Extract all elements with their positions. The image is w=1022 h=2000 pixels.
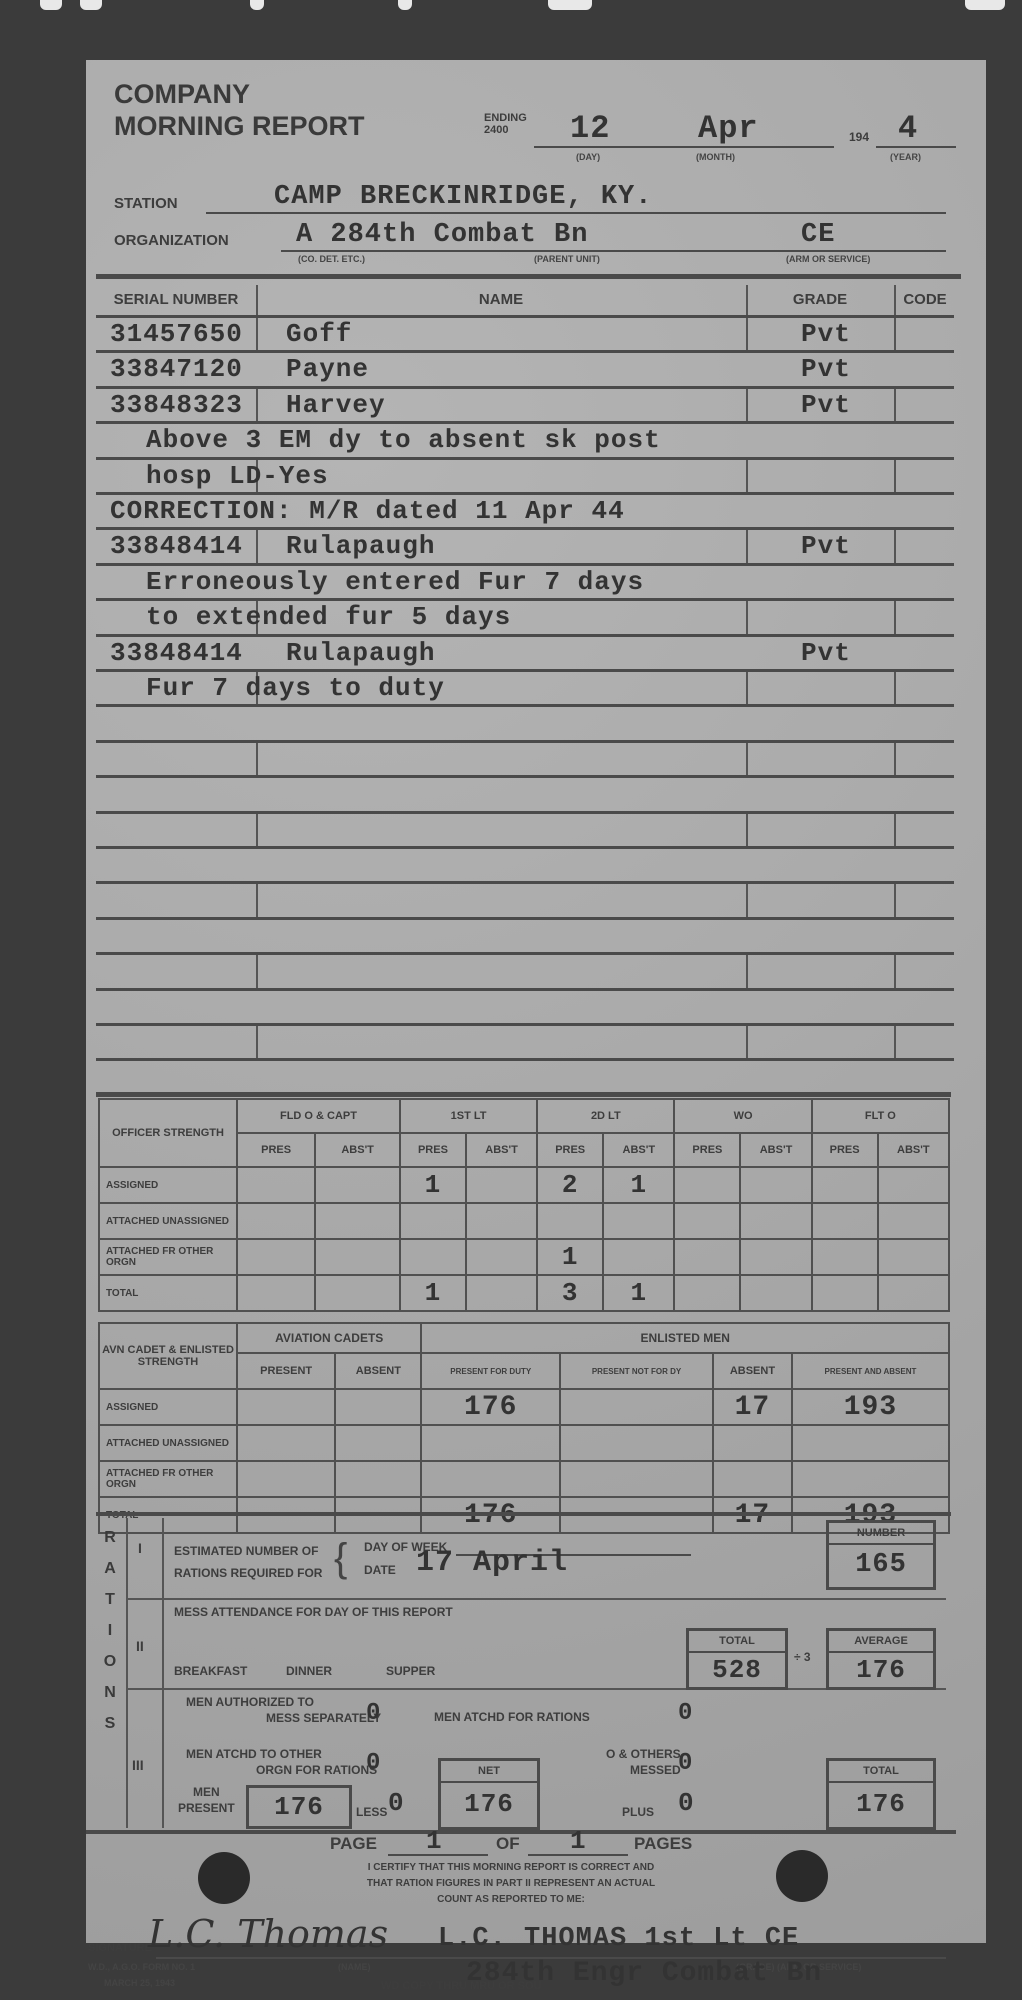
enlisted-cell <box>713 1425 792 1461</box>
roster-rule <box>96 846 954 849</box>
roster-rule <box>96 775 954 778</box>
year-prefix: 194 <box>849 130 869 144</box>
date-label: DATE <box>364 1563 396 1577</box>
officer-cell <box>740 1239 811 1275</box>
roster-header-code: CODE <box>894 291 956 308</box>
ending-label: ENDING 2400 <box>484 112 527 136</box>
roster-header-grade: GRADE <box>746 291 894 308</box>
officer-cell <box>315 1203 400 1239</box>
officer-cell: 1 <box>603 1275 674 1311</box>
signer-typed-name: L.C. THOMAS 1st Lt CE <box>438 1924 799 1954</box>
soldier-grade: Pvt <box>801 531 851 561</box>
average-label: AVERAGE <box>829 1631 933 1653</box>
roster-header-serial-number: SERIAL NUMBER <box>96 291 256 308</box>
officer-subcol-header: ABS'T <box>315 1133 400 1167</box>
roster-col-divider <box>256 884 258 916</box>
roster-col-divider <box>746 884 748 916</box>
form-title-line1: COMPANY <box>114 78 250 110</box>
roster-col-divider <box>746 955 748 987</box>
enlisted-cell <box>237 1461 335 1497</box>
of-label: OF <box>496 1834 520 1854</box>
pages-label: PAGES <box>634 1834 692 1854</box>
officer-cell <box>466 1275 537 1311</box>
officer-cell <box>237 1275 315 1311</box>
rations-top-rule <box>96 1512 951 1516</box>
serial-number: 33848414 <box>110 638 243 668</box>
officer-group-header: FLT O <box>812 1099 949 1133</box>
rations-side-letter: O <box>98 1646 122 1677</box>
roster-line: 31457650GoffPvt <box>96 317 954 352</box>
signature-label: SIGNATURE <box>88 1942 152 1954</box>
roster-col-divider <box>256 1026 258 1058</box>
enlisted-subcol-header: PRESENT FOR DUTY <box>421 1353 560 1389</box>
officer-cell: 1 <box>603 1167 674 1203</box>
arm-of-service-value: CE <box>801 220 835 250</box>
number-value: 165 <box>829 1545 933 1585</box>
film-edge-mark <box>250 0 264 10</box>
enlisted-cell <box>335 1425 421 1461</box>
year-caption: (YEAR) <box>890 152 921 162</box>
officer-cell <box>812 1275 878 1311</box>
officer-cell <box>400 1203 466 1239</box>
report-day: 12 <box>570 110 610 147</box>
officer-cell <box>315 1275 400 1311</box>
plus-value: 0 <box>678 1788 695 1818</box>
form-id-line-1: W.D., A.G.O. FORM NO. 1 <box>88 1962 195 1972</box>
rations-side-letter: T <box>98 1584 122 1615</box>
enlisted-cell <box>335 1461 421 1497</box>
men-present-label-2: PRESENT <box>178 1800 235 1816</box>
roster-col-divider <box>256 955 258 987</box>
officer-cell <box>674 1203 740 1239</box>
officer-cell <box>400 1239 466 1275</box>
enlisted-strength-title: AVN CADET & ENLISTED STRENGTH <box>99 1323 237 1389</box>
officer-cell <box>315 1167 400 1203</box>
roster-rule <box>96 881 954 884</box>
punch-hole-right <box>776 1850 828 1902</box>
part1-numeral: I <box>138 1540 142 1556</box>
serial-number: 33847120 <box>110 354 243 384</box>
atchd-other-label: MEN ATCHD TO OTHER ORGN FOR RATIONS <box>186 1746 377 1778</box>
mess-sep-label-2: MESS SEPARATELY <box>186 1710 381 1726</box>
brace-icon: { <box>334 1538 347 1578</box>
enlisted-cell <box>421 1461 560 1497</box>
mess-separately-value: 0 <box>366 1700 381 1727</box>
soldier-name: Payne <box>286 354 369 384</box>
roster-rule <box>96 1023 954 1026</box>
officer-cell <box>878 1239 949 1275</box>
form-title-line2: MORNING REPORT <box>114 110 365 142</box>
part2-label: MESS ATTENDANCE FOR DAY OF THIS REPORT <box>174 1605 453 1619</box>
roster-remark: Fur 7 days to duty <box>146 673 445 703</box>
roster-remark: hosp LD-Yes <box>146 461 329 491</box>
part3-numeral: III <box>132 1757 144 1773</box>
certify-line-1: I CERTIFY THAT THIS MORNING REPORT IS CO… <box>296 1860 726 1876</box>
officer-cell <box>812 1167 878 1203</box>
roster-top-rule <box>96 274 961 279</box>
officer-row-label: ATTACHED FR OTHER ORGN <box>99 1239 237 1275</box>
soldier-grade: Pvt <box>801 319 851 349</box>
rations-side-letter: R <box>98 1522 122 1553</box>
roster-line: to extended fur 5 days <box>96 600 954 635</box>
officer-cell: 3 <box>537 1275 603 1311</box>
officer-subcol-header: PRES <box>812 1133 878 1167</box>
officer-cell <box>674 1167 740 1203</box>
rations-side-letter: S <box>98 1708 122 1739</box>
report-month: Apr <box>698 110 759 147</box>
roster-line: 33848414RulapaughPvt <box>96 636 954 671</box>
page-label: PAGE <box>330 1834 377 1854</box>
roster-col-divider <box>256 814 258 846</box>
less-label: LESS <box>356 1805 387 1819</box>
officer-subcol-header: ABS'T <box>603 1133 674 1167</box>
roster-rule <box>96 917 954 920</box>
enlisted-cell <box>560 1461 713 1497</box>
officer-cell <box>878 1167 949 1203</box>
certify-line-2: THAT RATION FIGURES IN PART II REPRESENT… <box>296 1876 726 1892</box>
roster-remark: Above 3 EM dy to absent sk post <box>146 425 661 455</box>
officer-cell <box>537 1203 603 1239</box>
enlisted-cell <box>560 1425 713 1461</box>
officer-cell <box>603 1239 674 1275</box>
atchd-other-label-2: ORGN FOR RATIONS <box>186 1762 377 1778</box>
officer-cell <box>237 1203 315 1239</box>
film-edge-mark <box>80 0 102 10</box>
enlisted-cell <box>792 1461 949 1497</box>
ending-label-1: ENDING <box>484 112 527 124</box>
roster-col-divider <box>894 955 896 987</box>
number-label: NUMBER <box>829 1523 933 1545</box>
officer-cell <box>466 1239 537 1275</box>
roster-rule <box>96 952 954 955</box>
enlisted-cell: 193 <box>792 1389 949 1425</box>
soldier-grade: Pvt <box>801 638 851 668</box>
net-label: NET <box>441 1761 537 1783</box>
atchd-rations-label: MEN ATCHD FOR RATIONS <box>434 1710 590 1724</box>
average-box: AVERAGE 176 <box>826 1628 936 1690</box>
soldier-name: Harvey <box>286 390 386 420</box>
enlisted-cell <box>421 1425 560 1461</box>
officer-row-label: ASSIGNED <box>99 1167 237 1203</box>
rations-total-box: TOTAL 176 <box>826 1758 936 1830</box>
roster-line: 33848323HarveyPvt <box>96 388 954 423</box>
officer-row-label: ATTACHED UNASSIGNED <box>99 1203 237 1239</box>
report-year-digit: 4 <box>898 110 918 147</box>
rations-part2-bottom <box>126 1688 946 1690</box>
roster-col-divider <box>894 1026 896 1058</box>
month-caption: (MONTH) <box>696 152 735 162</box>
enlisted-cell <box>792 1425 949 1461</box>
name-caption: (NAME) <box>338 1962 371 1972</box>
station-value: CAMP BRECKINRIDGE, KY. <box>274 182 652 212</box>
enlisted-subcol-header: ABSENT <box>335 1353 421 1389</box>
officer-cell <box>812 1239 878 1275</box>
officer-cell: 1 <box>537 1239 603 1275</box>
net-value: 176 <box>441 1783 537 1825</box>
enlisted-cell: 17 <box>713 1389 792 1425</box>
org-caption-parent: (PARENT UNIT) <box>534 254 600 264</box>
average-value: 176 <box>829 1653 933 1687</box>
officers-messed-label-2: MESSED <box>606 1762 681 1778</box>
mess-separately-label: MEN AUTHORIZED TO MESS SEPARATELY <box>186 1694 381 1726</box>
part1-label-2: RATIONS REQUIRED FOR <box>174 1562 322 1584</box>
officer-subcol-header: PRES <box>537 1133 603 1167</box>
officer-cell <box>237 1167 315 1203</box>
officer-row-label: TOTAL <box>99 1275 237 1311</box>
cadets-group-header: AVIATION CADETS <box>237 1323 421 1353</box>
page-value: 1 <box>426 1826 443 1856</box>
less-value: 0 <box>388 1788 405 1818</box>
roster-col-divider <box>894 285 896 315</box>
roster-remark: to extended fur 5 days <box>146 602 511 632</box>
soldier-name: Rulapaugh <box>286 638 435 668</box>
officer-cell: 1 <box>400 1167 466 1203</box>
roster-col-divider <box>894 743 896 775</box>
number-box: NUMBER 165 <box>826 1520 936 1590</box>
roster-col-divider <box>746 1026 748 1058</box>
enlisted-cell <box>560 1389 713 1425</box>
atchd-rations-value: 0 <box>678 1700 693 1727</box>
supper-label: SUPPER <box>386 1664 435 1678</box>
mess-sep-label-1: MEN AUTHORIZED TO <box>186 1694 381 1710</box>
certification-text: I CERTIFY THAT THIS MORNING REPORT IS CO… <box>296 1860 726 1908</box>
serial-number: 33848323 <box>110 390 243 420</box>
soldier-grade: Pvt <box>801 390 851 420</box>
rations-side-label: RATIONS <box>98 1522 122 1739</box>
rations-divider-2 <box>162 1518 164 1828</box>
enlisted-row-label: ATTACHED FR OTHER ORGN <box>99 1461 237 1497</box>
officer-cell <box>674 1275 740 1311</box>
officer-subcol-header: PRES <box>674 1133 740 1167</box>
officer-cell <box>237 1239 315 1275</box>
officer-group-header: FLD O & CAPT <box>237 1099 400 1133</box>
men-present-value: 176 <box>249 1788 349 1826</box>
enlisted-subcol-header: PRESENT AND ABSENT <box>792 1353 949 1389</box>
roster-rule <box>96 740 954 743</box>
officer-cell <box>603 1203 674 1239</box>
divide-symbol: ÷ 3 <box>794 1650 811 1664</box>
officer-top-rule <box>96 1092 951 1097</box>
enlisted-row-label: ASSIGNED <box>99 1389 237 1425</box>
film-edge-mark <box>548 0 592 10</box>
mess-total-value: 528 <box>689 1653 785 1687</box>
officer-cell <box>740 1275 811 1311</box>
org-caption-co: (CO. DET. ETC.) <box>298 254 365 264</box>
unit-typed: 284th Engr Combat Bn <box>466 1958 822 1989</box>
roster-rule <box>96 811 954 814</box>
officer-cell <box>674 1239 740 1275</box>
enlisted-cell: 176 <box>421 1389 560 1425</box>
officer-cell <box>466 1203 537 1239</box>
officer-cell <box>740 1203 811 1239</box>
officer-strength-title: OFFICER STRENGTH <box>99 1099 237 1167</box>
rations-date-value: 17 April <box>416 1546 568 1580</box>
officer-cell <box>315 1239 400 1275</box>
morning-report-form: COMPANY MORNING REPORT ENDING 2400 12 Ap… <box>86 60 986 1943</box>
organization-value: A 284th Combat Bn <box>296 220 588 250</box>
officer-subcol-header: PRES <box>400 1133 466 1167</box>
officer-subcol-header: ABS'T <box>466 1133 537 1167</box>
officer-group-header: WO <box>674 1099 811 1133</box>
rations-part1-bottom <box>126 1598 946 1600</box>
dinner-label: DINNER <box>286 1664 332 1678</box>
rations-bottom-rule <box>86 1830 956 1834</box>
net-box: NET 176 <box>438 1758 540 1830</box>
roster-rule <box>96 988 954 991</box>
men-present-box: 176 <box>246 1785 352 1829</box>
of-value: 1 <box>570 1826 587 1856</box>
enlisted-subcol-header: PRESENT NOT FOR DY <box>560 1353 713 1389</box>
officer-cell <box>812 1203 878 1239</box>
atchd-other-value: 0 <box>366 1750 381 1777</box>
enlisted-cell <box>237 1425 335 1461</box>
roster-col-divider <box>746 814 748 846</box>
officer-cell <box>878 1203 949 1239</box>
officers-messed-value: 0 <box>678 1750 693 1777</box>
serial-number: 33848414 <box>110 531 243 561</box>
breakfast-label: BREAKFAST <box>174 1664 247 1678</box>
roster-remark: CORRECTION: M/R dated 11 Apr 44 <box>110 496 625 526</box>
enlisted-cell <box>713 1461 792 1497</box>
enlisted-strength-table: AVN CADET & ENLISTED STRENGTHAVIATION CA… <box>98 1322 950 1534</box>
form-id-line-2: MARCH 25, 1943 <box>104 1978 175 1988</box>
officer-subcol-header: ABS'T <box>878 1133 949 1167</box>
roster-col-divider <box>894 884 896 916</box>
officer-cell: 2 <box>537 1167 603 1203</box>
station-underline <box>206 212 946 214</box>
mess-total-box: TOTAL 528 <box>686 1628 788 1690</box>
roster-line: 33848414RulapaughPvt <box>96 529 954 564</box>
organization-label: ORGANIZATION <box>114 232 229 249</box>
day-caption: (DAY) <box>576 152 600 162</box>
officers-messed-label-1: O & OTHERS <box>606 1746 681 1762</box>
enlisted-row-label: ATTACHED UNASSIGNED <box>99 1425 237 1461</box>
officer-group-header: 2D LT <box>537 1099 674 1133</box>
enlisted-subcol-header: ABSENT <box>713 1353 792 1389</box>
enlisted-cell <box>335 1389 421 1425</box>
rations-total-label: TOTAL <box>829 1761 933 1783</box>
atchd-other-label-1: MEN ATCHD TO OTHER <box>186 1746 377 1762</box>
soldier-name: Rulapaugh <box>286 531 435 561</box>
roster-remark: Erroneously entered Fur 7 days <box>146 567 644 597</box>
ending-label-2: 2400 <box>484 124 527 136</box>
officers-messed-label: O & OTHERS MESSED <box>606 1746 681 1778</box>
officer-group-header: 1ST LT <box>400 1099 537 1133</box>
roster-col-divider <box>256 743 258 775</box>
rations-side-letter: N <box>98 1677 122 1708</box>
punch-hole-left <box>198 1852 250 1904</box>
roster-header-name: NAME <box>256 291 746 308</box>
roster-line: Above 3 EM dy to absent sk post <box>96 423 954 458</box>
plus-label: PLUS <box>622 1805 654 1819</box>
roster-col-divider <box>894 814 896 846</box>
officer-cell <box>740 1167 811 1203</box>
soldier-grade: Pvt <box>801 354 851 384</box>
enlisted-subcol-header: PRESENT <box>237 1353 335 1389</box>
handwritten-signature: L.C. Thomas <box>148 1912 388 1956</box>
rations-side-letter: I <box>98 1615 122 1646</box>
officer-subcol-header: PRES <box>237 1133 315 1167</box>
roster-col-divider <box>746 743 748 775</box>
certify-line-3: COUNT AS REPORTED TO ME: <box>296 1892 726 1908</box>
roster-col-divider <box>256 285 258 315</box>
rations-side-letter: A <box>98 1553 122 1584</box>
officer-subcol-header: ABS'T <box>740 1133 811 1167</box>
part2-numeral: II <box>136 1638 144 1654</box>
officer-strength-table: OFFICER STRENGTHFLD O & CAPT1ST LT2D LTW… <box>98 1098 950 1312</box>
roster-line: Fur 7 days to duty <box>96 671 954 706</box>
part1-label-1: ESTIMATED NUMBER OF <box>174 1540 322 1562</box>
rations-total-value: 176 <box>829 1783 933 1825</box>
soldier-name: Goff <box>286 319 352 349</box>
organization-underline <box>281 250 946 252</box>
film-edge-mark <box>965 0 1005 10</box>
rations-divider-1 <box>126 1518 128 1828</box>
part1-label: ESTIMATED NUMBER OF RATIONS REQUIRED FOR <box>174 1540 322 1584</box>
roster-line: 33847120PaynePvt <box>96 352 954 387</box>
officer-cell <box>878 1275 949 1311</box>
mess-total-label: TOTAL <box>689 1631 785 1653</box>
enlisted-cell <box>237 1389 335 1425</box>
officer-cell <box>466 1167 537 1203</box>
enlisted-group-header: ENLISTED MEN <box>421 1323 949 1353</box>
roster-line: hosp LD-Yes <box>96 459 954 494</box>
station-label: STATION <box>114 195 178 212</box>
roster-line: CORRECTION: M/R dated 11 Apr 44 <box>96 494 954 529</box>
film-edge-mark <box>398 0 412 10</box>
men-present-label: MEN PRESENT <box>178 1784 235 1816</box>
org-caption-arm: (ARM OR SERVICE) <box>786 254 870 264</box>
men-present-label-1: MEN <box>178 1784 235 1800</box>
roster-col-divider <box>746 285 748 315</box>
serial-number: 31457650 <box>110 319 243 349</box>
film-edge-mark <box>40 0 62 10</box>
officer-cell: 1 <box>400 1275 466 1311</box>
roster-line: Erroneously entered Fur 7 days <box>96 565 954 600</box>
roster-rule <box>96 1058 954 1061</box>
